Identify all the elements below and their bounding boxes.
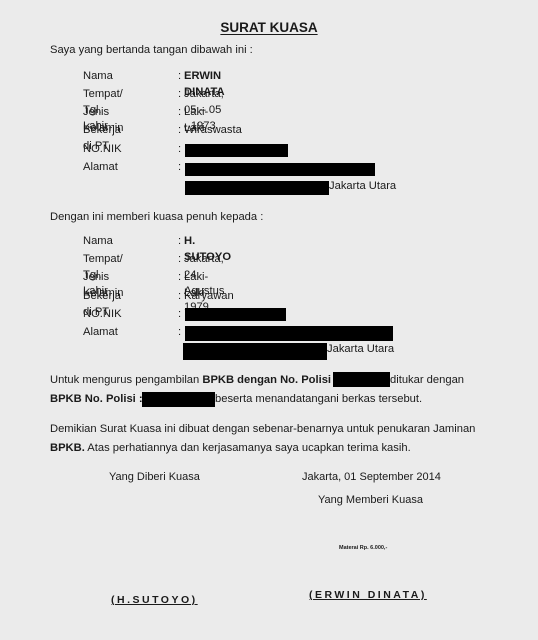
grantor-signature-name: (ERWIN DINATA) [309,589,427,601]
colon: : [178,269,181,285]
grantor-role: Yang Memberi Kuasa [318,494,423,506]
closing-line1: Demikian Surat Kuasa ini dibuat dengan s… [50,423,475,435]
redacted-address-line2 [185,181,329,195]
purpose-line2: BPKB No. Polisi : [50,393,143,405]
grantee-signature-name: (H.SUTOYO) [111,594,198,606]
closing-line2: BPKB. Atas perhatiannya dan kerjasamanya… [50,442,411,454]
place-date: Jakarta, 01 September 2014 [302,471,441,483]
field-label: Nama [83,68,113,84]
redacted-address-line1 [185,163,375,176]
colon: : [178,288,181,304]
colon: : [178,122,181,138]
colon: : [178,86,181,102]
redacted-address-line1 [185,326,393,341]
grantee-address-city: Jakarta Utara [327,343,394,355]
redacted-address-line2 [183,343,327,360]
grant-intro-text: Dengan ini memberi kuasa penuh kepada : [50,211,263,223]
field-label: NO.NIK [83,306,122,322]
field-label: Alamat [83,159,118,175]
grantor-work: Wiraswasta [184,122,242,138]
colon: : [178,324,181,340]
purpose-line1-end: ditukar dengan [390,374,464,386]
document-title: SURAT KUASA [0,20,538,35]
grantee-role: Yang Diberi Kuasa [109,471,200,483]
colon: : [178,141,181,157]
colon: : [178,306,181,322]
colon: : [178,251,181,267]
redacted-nik [185,308,286,321]
stamp-duty-label: Materai Rp. 6.000,- [339,545,387,551]
redacted-plate-number-1 [333,372,390,387]
grantor-address-city: Jakarta Utara [329,180,396,192]
colon: : [178,159,181,175]
purpose-line1: Untuk mengurus pengambilan BPKB dengan N… [50,374,338,386]
colon: : [178,104,181,120]
redacted-plate-number-2 [142,392,215,407]
colon: : [178,68,181,84]
field-label: NO.NIK [83,141,122,157]
colon: : [178,233,181,249]
intro-text: Saya yang bertanda tangan dibawah ini : [50,44,253,56]
field-label: Nama [83,233,113,249]
purpose-line2-end: beserta menandatangani berkas tersebut. [215,393,422,405]
field-label: Alamat [83,324,118,340]
grantee-work: Karyawan [184,288,234,304]
redacted-nik [185,144,288,157]
